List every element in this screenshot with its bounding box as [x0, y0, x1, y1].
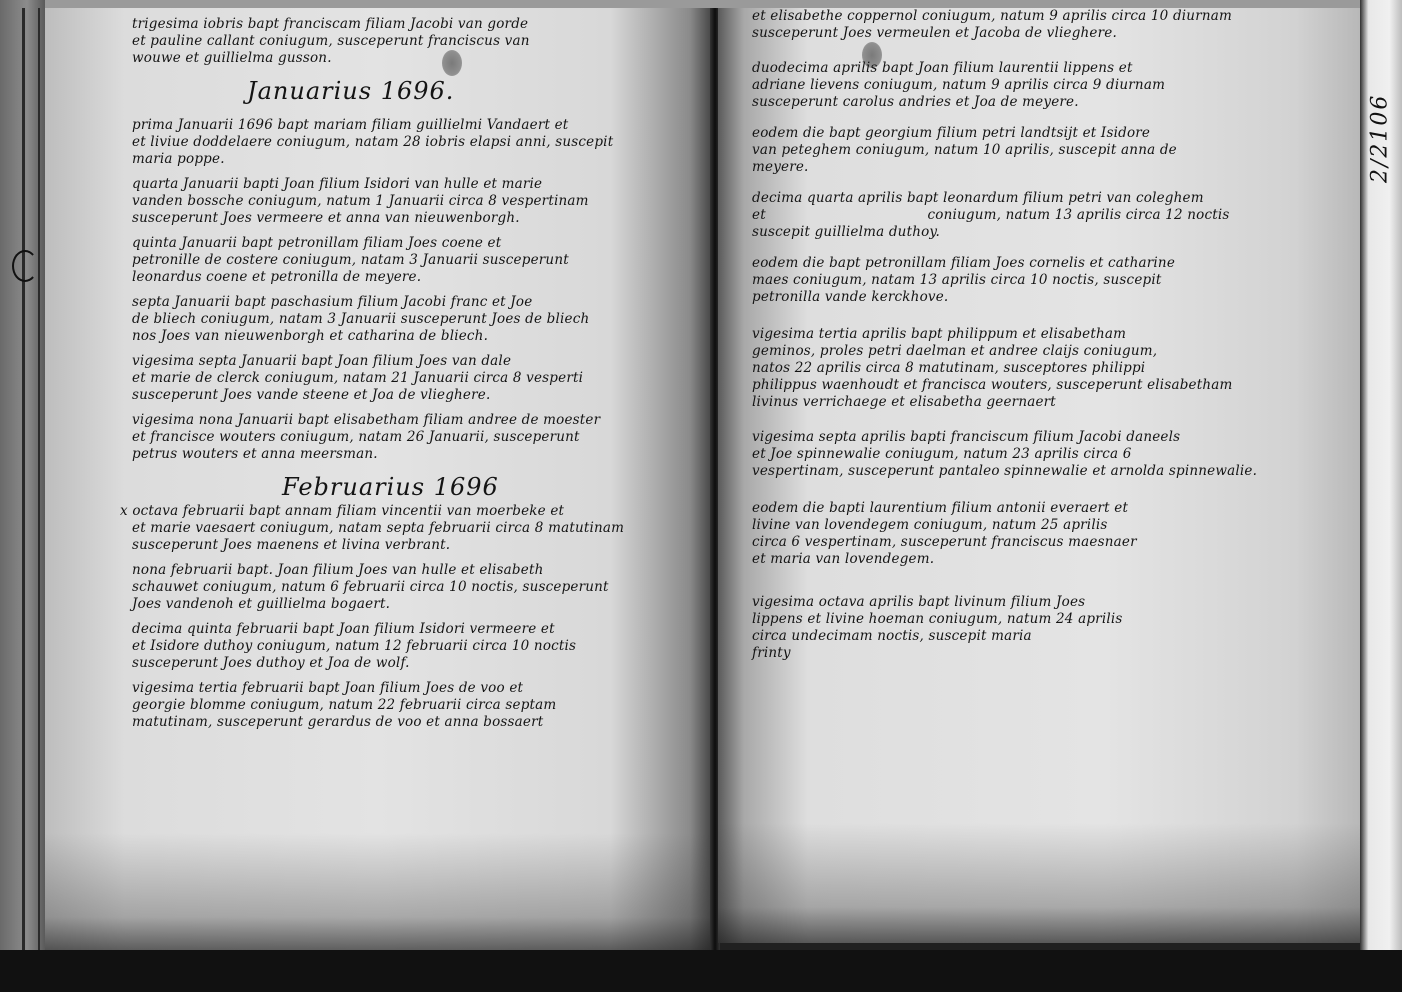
register-entry: vigesima septa Januarii bapt Joan filium…	[132, 353, 712, 404]
entry-line: et coniugum, natum 13 aprilis circa 12 n…	[752, 207, 1362, 224]
register-entry: duodecima aprilis bapt Joan filium laure…	[752, 60, 1362, 111]
entry-line: philippus waenhoudt et francisca wouters…	[752, 377, 1362, 394]
entry-line: petrus wouters et anna meersman.	[132, 446, 712, 463]
entry-line: petronilla vande kerckhove.	[752, 289, 1362, 306]
scanned-register-spread: 2/2106 trigesima iobris bapt franciscam …	[0, 0, 1402, 992]
entry-line: et elisabethe coppernol coniugum, natum …	[752, 8, 1362, 25]
entry-line: vigesima nona Januarii bapt elisabetham …	[132, 412, 712, 429]
register-entry: eodem die bapti laurentium filium antoni…	[752, 500, 1362, 568]
entry-line: wouwe et guillielma gusson.	[132, 50, 712, 67]
entry-line: schauwet coniugum, natum 6 februarii cir…	[132, 579, 712, 596]
register-entry: decima quinta februarii bapt Joan filium…	[132, 621, 712, 672]
margin-annotation: 2/2106	[1362, 78, 1398, 198]
register-entry: decima quarta aprilis bapt leonardum fil…	[752, 190, 1362, 241]
entry-line: nos Joes van nieuwenborgh et catharina d…	[132, 328, 712, 345]
entry-line: vigesima septa Januarii bapt Joan filium…	[132, 353, 712, 370]
entry-line: lippens et livine hoeman coniugum, natum…	[752, 611, 1362, 628]
entry-line: nona februarii bapt. Joan filium Joes va…	[132, 562, 712, 579]
entry-line: duodecima aprilis bapt Joan filium laure…	[752, 60, 1362, 77]
entry-line: vespertinam, susceperunt pantaleo spinne…	[752, 463, 1362, 480]
entry-line: vanden bossche coniugum, natum 1 Januari…	[132, 193, 712, 210]
entry-line: susceperunt Joes vande steene et Joa de …	[132, 387, 712, 404]
entry-line: quarta Januarii bapti Joan filium Isidor…	[132, 176, 712, 193]
entry-line: vigesima tertia februarii bapt Joan fili…	[132, 680, 712, 697]
register-entry: vigesima tertia februarii bapt Joan fili…	[132, 680, 712, 731]
register-entry: vigesima septa aprilis bapti franciscum …	[752, 429, 1362, 480]
entry-line-text: octava februarii bapt annam filiam vince…	[132, 503, 564, 519]
entry-line: van peteghem coniugum, natum 10 aprilis,…	[752, 142, 1362, 159]
entry-line: eodem die bapt petronillam filiam Joes c…	[752, 255, 1362, 272]
entry-line: et marie de clerck coniugum, natam 21 Ja…	[132, 370, 712, 387]
scanner-top-edge	[0, 0, 1402, 8]
entry-line: Joes vandenoh et guillielma bogaert.	[132, 596, 712, 613]
register-entry: x octava februarii bapt annam filiam vin…	[132, 503, 712, 554]
entry-line: de bliech coniugum, natam 3 Januarii sus…	[132, 311, 712, 328]
binding-line	[22, 8, 25, 962]
binding-line	[38, 8, 40, 962]
register-entry: quinta Januarii bapt petronillam filiam …	[132, 235, 712, 286]
left-page-text: trigesima iobris bapt franciscam filiam …	[132, 16, 712, 739]
register-entry: et elisabethe coppernol coniugum, natum …	[752, 8, 1362, 42]
register-entry: trigesima iobris bapt franciscam filiam …	[132, 16, 712, 67]
entry-line: septa Januarii bapt paschasium filium Ja…	[132, 294, 712, 311]
entry-line: susceperunt Joes maenens et livina verbr…	[132, 537, 712, 554]
scan-bottom-shadow	[0, 950, 1402, 992]
month-heading: Februarius 1696	[132, 471, 712, 503]
entry-line: decima quinta februarii bapt Joan filium…	[132, 621, 712, 638]
entry-line: eodem die bapt georgium filium petri lan…	[752, 125, 1362, 142]
entry-line: et liviue doddelaere coniugum, natam 28 …	[132, 134, 712, 151]
entry-line: meyere.	[752, 159, 1362, 176]
entry-line: vigesima septa aprilis bapti franciscum …	[752, 429, 1362, 446]
entry-line: susceperunt Joes vermeere et anna van ni…	[132, 210, 712, 227]
book-cover-edge-left	[0, 0, 45, 992]
entry-line: et maria van lovendegem.	[752, 551, 1362, 568]
entry-line: petronille de costere coniugum, natam 3 …	[132, 252, 712, 269]
register-entry: eodem die bapt georgium filium petri lan…	[752, 125, 1362, 176]
entry-line: x octava februarii bapt annam filiam vin…	[120, 503, 712, 520]
entry-line: matutinam, susceperunt gerardus de voo e…	[132, 714, 712, 731]
register-entry: quarta Januarii bapti Joan filium Isidor…	[132, 176, 712, 227]
entry-line: et pauline callant coniugum, susceperunt…	[132, 33, 712, 50]
register-entry: vigesima octava aprilis bapt livinum fil…	[752, 594, 1362, 662]
entry-line: maes coniugum, natam 13 aprilis circa 10…	[752, 272, 1362, 289]
entry-line: prima Januarii 1696 bapt mariam filiam g…	[132, 117, 712, 134]
register-entry: vigesima nona Januarii bapt elisabetham …	[132, 412, 712, 463]
entry-line: vigesima octava aprilis bapt livinum fil…	[752, 594, 1362, 611]
entry-line: circa 6 vespertinam, susceperunt francis…	[752, 534, 1362, 551]
entry-line: adriane lievens coniugum, natum 9 aprili…	[752, 77, 1362, 94]
register-entry: vigesima tertia aprilis bapt philippum e…	[752, 326, 1362, 411]
entry-line: decima quarta aprilis bapt leonardum fil…	[752, 190, 1362, 207]
entry-line: natos 22 aprilis circa 8 matutinam, susc…	[752, 360, 1362, 377]
entry-line: livine van lovendegem coniugum, natum 25…	[752, 517, 1362, 534]
entry-line: circa undecimam noctis, suscepit maria	[752, 628, 1362, 645]
entry-line: quinta Januarii bapt petronillam filiam …	[132, 235, 712, 252]
entry-line: et Joe spinnewalie coniugum, natum 23 ap…	[752, 446, 1362, 463]
register-entry: septa Januarii bapt paschasium filium Ja…	[132, 294, 712, 345]
entry-line: eodem die bapti laurentium filium antoni…	[752, 500, 1362, 517]
month-heading: Januarius 1696.	[132, 75, 712, 107]
right-page-text: et elisabethe coppernol coniugum, natum …	[752, 8, 1362, 670]
register-entry: nona februarii bapt. Joan filium Joes va…	[132, 562, 712, 613]
margin-cross-mark: x	[120, 503, 128, 519]
entry-line: geminos, proles petri daelman et andree …	[752, 343, 1362, 360]
entry-line: vigesima tertia aprilis bapt philippum e…	[752, 326, 1362, 343]
entry-line: susceperunt Joes duthoy et Joa de wolf.	[132, 655, 712, 672]
entry-line: frinty	[752, 645, 1362, 662]
entry-line: maria poppe.	[132, 151, 712, 168]
register-entry: prima Januarii 1696 bapt mariam filiam g…	[132, 117, 712, 168]
entry-line: suscepit guillielma duthoy.	[752, 224, 1362, 241]
entry-line: georgie blomme coniugum, natum 22 februa…	[132, 697, 712, 714]
register-entry: eodem die bapt petronillam filiam Joes c…	[752, 255, 1362, 306]
binding-string-loop	[12, 250, 38, 282]
entry-line: trigesima iobris bapt franciscam filiam …	[132, 16, 712, 33]
entry-line: et francisce wouters coniugum, natam 26 …	[132, 429, 712, 446]
entry-line: leonardus coene et petronilla de meyere.	[132, 269, 712, 286]
entry-line: susceperunt carolus andries et Joa de me…	[752, 94, 1362, 111]
entry-line: susceperunt Joes vermeulen et Jacoba de …	[752, 25, 1362, 42]
entry-line: livinus verrichaege et elisabetha geerna…	[752, 394, 1362, 411]
entry-line: et Isidore duthoy coniugum, natum 12 feb…	[132, 638, 712, 655]
entry-line: et marie vaesaert coniugum, natam septa …	[132, 520, 712, 537]
